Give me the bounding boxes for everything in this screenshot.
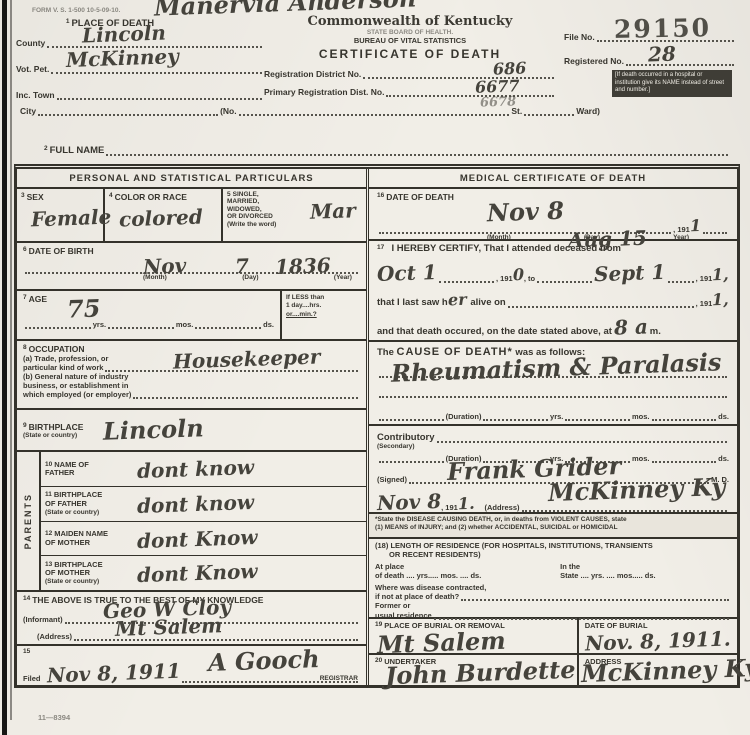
former-line1: Former or — [375, 601, 731, 610]
registrar-label: REGISTRAR — [320, 675, 358, 682]
undertaker-address-value-handwriting: McKinney Ky — [580, 656, 750, 686]
father-name-label-2: FATHER — [45, 469, 137, 478]
footnote-line1: *State the DISEASE CAUSING DEATH, or, in… — [375, 516, 731, 524]
signed-label: (Signed) — [377, 475, 407, 484]
age-mos-label: mos. — [176, 320, 194, 329]
birthplace-label: BIRTHPLACE — [29, 422, 84, 432]
medical-certificate-title: MEDICAL CERTIFICATE OF DEATH — [369, 169, 737, 189]
file-number-block: File No. 29150 Registered No. 28 [If dea… — [556, 14, 736, 100]
city-no-label: (No. — [220, 106, 237, 116]
cause-pre: The — [377, 347, 394, 358]
file-no-label: File No. — [564, 32, 595, 42]
age-less-line1: If LESS than — [286, 294, 362, 302]
signed-date-address-line: Nov 8 , 191 1. (Address) McKinney Ky — [377, 492, 729, 512]
birthplace-row: 9BIRTHPLACE (State or country) Lincoln — [17, 410, 366, 452]
last-saw-digit-handwriting: 1, — [712, 292, 729, 309]
dotted-line — [652, 459, 717, 463]
last-saw-line: that I last saw h er alive on Aug 15 , 1… — [377, 292, 729, 308]
dotted-line — [508, 304, 694, 308]
age-units-line: yrs. mos. ds. — [23, 320, 274, 329]
informant-label: (Informant) — [23, 615, 63, 624]
field-number: 11 — [45, 491, 52, 498]
informant-address-line: (Address) Mt Salem — [23, 632, 360, 641]
marital-heading: 5SINGLE, — [227, 191, 362, 198]
sex-color-marital-row: 3SEX Female 4COLOR OR RACE colored 5SING… — [17, 189, 366, 243]
residence-label-2: OR RECENT RESIDENTS) — [389, 550, 731, 559]
father-name-row: 10NAME OF FATHER dont know — [41, 452, 366, 487]
parents-section: PARENTS 10NAME OF FATHER dont know — [17, 452, 366, 592]
vot-pet-label: Vot. Pet. — [16, 64, 49, 74]
occupation-row: 8OCCUPATION (a) Trade, profession, or pa… — [17, 341, 366, 411]
to-word: , to — [524, 275, 535, 283]
duration-mos: mos. — [632, 412, 650, 421]
registered-no-label: Registered No. — [564, 56, 624, 66]
burial-place-cell: 19PLACE OF BURIAL OR REMOVAL Mt Salem — [369, 619, 579, 653]
year-printed-3: , 191 — [696, 300, 713, 308]
burial-bottom-row: 20UNDERTAKER John Burdette ADDRESS McKin… — [369, 655, 737, 685]
dotted-line — [133, 395, 358, 399]
color-race-heading: 4COLOR OR RACE — [109, 192, 217, 202]
father-name-value-handwriting: dont know — [137, 457, 255, 481]
age-less-line3: or....min.? — [286, 311, 362, 319]
informant-row: 14THE ABOVE IS TRUE TO THE BEST OF MY KN… — [17, 592, 366, 646]
signed-date-handwriting: Nov 8 — [377, 491, 442, 513]
color-race-label: COLOR OR RACE — [115, 192, 187, 202]
duration-ds: ds. — [718, 412, 729, 421]
dod-year-digit-handwriting: 1 — [690, 218, 702, 234]
dotted-line — [522, 508, 727, 512]
birth-label: DATE OF BIRTH — [29, 246, 94, 256]
mother-maiden-name-value-handwriting: dont Know — [137, 526, 258, 550]
primary-registration-value-handwriting: 6677 — [475, 78, 520, 96]
year-caption: (Year) — [334, 274, 352, 281]
field-number: 10 — [45, 461, 52, 468]
filed-date-handwriting: Nov 8, 1911 — [46, 661, 180, 686]
death-certificate: FORM V. S. 1-500 10-5-09-10. 1PLACE OF D… — [14, 3, 740, 688]
file-no-field: File No. 29150 — [564, 32, 736, 42]
occupation-a-label: particular kind of work — [23, 363, 103, 372]
dotted-line — [537, 279, 592, 283]
field-number: 20 — [375, 657, 382, 664]
vot-pet-field: Vot. Pet. McKinney — [16, 64, 264, 74]
county-value-handwriting: Lincoln — [82, 23, 167, 46]
burial-top-row: 19PLACE OF BURIAL OR REMOVAL Mt Salem DA… — [369, 619, 737, 655]
occured-m-label: m. — [650, 327, 661, 337]
birth-month-handwriting: Nov — [143, 255, 187, 276]
signed-date-digit-handwriting: 1. — [458, 495, 475, 512]
burial-date-cell: DATE OF BURIAL Nov. 8, 1911. — [579, 619, 737, 653]
duration-label: (Duration) — [446, 412, 482, 421]
father-birthplace-hint: (State or country) — [45, 509, 137, 516]
in-state-line1: In the — [560, 562, 731, 571]
at-place-line1: At place — [375, 562, 560, 571]
field-number: 4 — [109, 192, 113, 199]
dotted-line — [57, 96, 262, 100]
occured-time-handwriting: 8 a — [614, 317, 649, 338]
certify-from-handwriting: Oct 1 — [377, 262, 437, 284]
sex-label: SEX — [27, 192, 44, 202]
birth-day-handwriting: 7 — [235, 256, 250, 276]
age-value-handwriting: 75 — [67, 296, 101, 321]
birthplace-heading: 9BIRTHPLACE (State or country) — [23, 422, 103, 439]
field-number: 5 — [227, 191, 231, 198]
in-state-line2: State .... yrs. .... mos..... ds. — [560, 571, 731, 580]
dotted-line — [379, 394, 727, 398]
parents-side-label-cell: PARENTS — [17, 452, 41, 590]
residence-number: (18) — [375, 541, 388, 550]
month-caption: (Month) — [487, 234, 511, 241]
signed-address-label: (Address) — [485, 503, 520, 512]
mother-birthplace-hint: (State or country) — [45, 578, 137, 585]
mother-birthplace-value-handwriting: dont Know — [137, 561, 258, 585]
certificate-body: PERSONAL AND STATISTICAL PARTICULARS 3SE… — [14, 164, 740, 688]
marital-status-cell: 5SINGLE, MARRIED, WIDOWED, OR DIVORCED (… — [223, 189, 366, 241]
in-state-label: State — [560, 571, 578, 580]
sex-cell: 3SEX Female — [17, 189, 105, 241]
footnote-line2: (1) MEANS of INJURY; and (2) whether ACC… — [375, 524, 731, 532]
mother-birthplace-label-2: OF MOTHER — [45, 569, 137, 578]
field-number: 13 — [45, 561, 52, 568]
at-place-line2: of death .... yrs..... mos. .... ds. — [375, 571, 560, 580]
dotted-line — [439, 279, 494, 283]
birthplace-value-handwriting: Lincoln — [103, 417, 204, 444]
at-place-label: of death — [375, 571, 404, 580]
inc-town-label: Inc. Town — [16, 90, 55, 100]
duration-mos: mos. — [632, 454, 650, 463]
residence-heading: (18) LENGTH OF RESIDENCE (FOR HOSPITALS,… — [375, 541, 731, 550]
primary-registration-field: Primary Registration Dist. No. 6677 6678 — [264, 87, 556, 97]
last-saw-value-handwriting: Aug 15 — [568, 228, 647, 251]
dod-line: , 191 1 Nov 8 — [377, 218, 729, 234]
cause-of-death-row: The CAUSE OF DEATH* was as follows: Rheu… — [369, 342, 737, 425]
in-state-units: .... yrs. .... mos..... ds. — [581, 571, 656, 580]
occupation-label: OCCUPATION — [29, 344, 85, 354]
dotted-line — [25, 325, 91, 329]
occupation-b-line3: which employed (or employer) — [23, 390, 360, 399]
city-label: City — [20, 106, 36, 116]
length-of-residence-row: (18) LENGTH OF RESIDENCE (FOR HOSPITALS,… — [369, 539, 737, 619]
field-number: 6 — [23, 246, 27, 253]
color-race-cell: 4COLOR OR RACE colored — [105, 189, 223, 241]
mother-maiden-name-row: 12MAIDEN NAME OF MOTHER dont Know — [41, 522, 366, 557]
in-state-block: In the State .... yrs. .... mos..... ds. — [560, 562, 731, 581]
field-number: 12 — [45, 530, 52, 537]
cause-value-line: Rheumatism & Paralasis — [377, 374, 729, 378]
dotted-line — [38, 112, 218, 116]
registered-no-field: Registered No. 28 — [564, 56, 736, 66]
last-saw-post: alive on — [470, 298, 505, 308]
certify-from-digit-handwriting: 0 — [512, 267, 524, 283]
occured-pre: and that death occured, on the date stat… — [377, 327, 612, 337]
state-heading-block: Commonwealth of Kentucky STATE BOARD OF … — [264, 14, 556, 100]
parents-rows: 10NAME OF FATHER dont know 11BIRTHPLACE … — [41, 452, 366, 590]
field-number: 1 — [66, 18, 70, 25]
dotted-line — [239, 112, 510, 116]
certify-to-digit-handwriting: 1, — [712, 267, 729, 284]
dotted-line — [195, 325, 261, 329]
field-number: 2 — [44, 145, 48, 152]
dotted-line — [108, 325, 174, 329]
board-line: STATE BOARD OF HEALTH. — [264, 29, 556, 36]
birth-line: Nov 7 1836 — [23, 270, 360, 274]
duration-ds: ds. — [718, 454, 729, 463]
commonwealth-line: Commonwealth of Kentucky — [264, 14, 556, 29]
dod-captions: (Month) (Day) Year) — [377, 234, 729, 241]
inc-town-field: Inc. Town — [16, 90, 264, 100]
father-birthplace-value-handwriting: dont know — [137, 492, 255, 516]
certify-from-line: Oct 1 , 191 0 , to Sept 1 , 191 1, — [377, 263, 729, 283]
dotted-line — [565, 417, 630, 421]
filed-row: 15 Filed Nov 8, 1911 A Gooch REGISTRAR — [17, 646, 366, 685]
registrar-signature-handwriting: A Gooch — [208, 647, 320, 675]
field-number: 3 — [21, 192, 25, 199]
dotted-line — [437, 439, 727, 443]
father-name-heading: 10NAME OF FATHER — [45, 461, 137, 478]
age-heading: 7AGE — [23, 294, 274, 304]
field-number: 16 — [377, 192, 384, 199]
contributory-label: Contributory — [377, 432, 435, 443]
contributory-row: Contributory (Secondary) (Duration) yrs.… — [369, 426, 737, 514]
year-printed-2: , 191 — [696, 275, 713, 283]
field-number: 19 — [375, 621, 382, 628]
duration-yrs: yrs. — [550, 412, 563, 421]
last-saw-her-handwriting: er — [447, 292, 466, 309]
certify-heading: 17 I HEREBY CERTIFY, That I attended dec… — [377, 244, 729, 254]
occupation-b-line2: business, or establishment in — [23, 381, 360, 390]
full-name-row: 2FULL NAME Manervia Anderson — [14, 126, 740, 156]
burial-section: 19PLACE OF BURIAL OR REMOVAL Mt Salem DA… — [369, 619, 737, 685]
sex-value-handwriting: Female — [31, 207, 112, 230]
field-number: 14 — [23, 595, 30, 602]
dotted-line — [379, 417, 444, 421]
informant-address-label: (Address) — [37, 632, 72, 641]
hospital-note: [If death occurred in a hospital or inst… — [612, 70, 732, 97]
dotted-line — [386, 93, 554, 97]
contracted-line1: Where was disease contracted, — [375, 583, 731, 592]
scan-edge-line — [10, 0, 12, 720]
marital-label-1: SINGLE, — [233, 191, 259, 198]
registration-district-label: Registration District No. — [264, 69, 361, 79]
informant-address-value-handwriting: Mt Salem — [115, 615, 223, 639]
bureau-line: BUREAU OF VITAL STATISTICS — [264, 36, 556, 45]
age-row: 7AGE 75 yrs. mos. ds. If LESS than — [17, 291, 366, 341]
color-race-value-handwriting: colored — [119, 207, 203, 230]
personal-particulars-column: PERSONAL AND STATISTICAL PARTICULARS 3SE… — [17, 169, 369, 685]
age-less-cell: If LESS than 1 day....hrs. or....min.? — [280, 291, 366, 339]
birth-year-handwriting: 1836 — [275, 255, 331, 277]
filed-line: Filed Nov 8, 1911 A Gooch — [23, 663, 360, 683]
city-ward-label: Ward) — [576, 106, 600, 116]
dod-year-printed: , 191 — [673, 225, 690, 234]
sex-heading: 3SEX — [21, 192, 99, 202]
vot-pet-value-handwriting: McKinney — [66, 46, 179, 70]
scan-edge-artifact — [2, 0, 7, 735]
field-number: 9 — [23, 422, 27, 429]
certificate-scan: FORM V. S. 1-500 10-5-09-10. 1PLACE OF D… — [0, 0, 750, 735]
registration-district-value-handwriting: 686 — [492, 60, 526, 77]
dotted-line — [652, 417, 717, 421]
contracted-line2: if not at place of death? — [375, 592, 731, 601]
age-label: AGE — [29, 294, 47, 304]
year-printed-1: , 191 — [496, 275, 513, 283]
field-number: 17 — [377, 244, 384, 251]
signed-date-year: , 191 — [441, 503, 458, 512]
field-number: 8 — [23, 344, 27, 351]
dotted-line — [668, 279, 694, 283]
undertaker-address-cell: ADDRESS McKinney Ky — [579, 655, 737, 685]
contributory-hint: (Secondary) — [377, 443, 729, 450]
county-label: County — [16, 38, 45, 48]
father-birthplace-label-2: OF FATHER — [45, 500, 137, 509]
full-name-heading: 2FULL NAME — [44, 145, 104, 156]
certify-row: 17 I HEREBY CERTIFY, That I attended dec… — [369, 241, 737, 342]
marital-value-handwriting: Mar — [310, 200, 356, 222]
filed-label: Filed — [23, 674, 41, 683]
father-birthplace-row: 11BIRTHPLACE OF FATHER (State or country… — [41, 487, 366, 522]
occupation-value-handwriting: Housekeeper — [173, 346, 321, 371]
age-main-cell: 7AGE 75 yrs. mos. ds. — [17, 291, 280, 339]
at-place-units: .... yrs..... mos. .... ds. — [406, 571, 481, 580]
medical-certificate-column: MEDICAL CERTIFICATE OF DEATH 16DATE OF D… — [369, 169, 737, 685]
mother-maiden-name-label-1: MAIDEN NAME — [54, 529, 108, 538]
occupation-a-line2: particular kind of work Housekeeper — [23, 363, 360, 372]
burial-date-value-handwriting: Nov. 8, 1911. — [584, 628, 730, 653]
mother-maiden-name-label-2: OF MOTHER — [45, 539, 137, 548]
dotted-line — [483, 417, 548, 421]
plate-number: 11—8394 — [38, 713, 70, 722]
dod-label: DATE OF DEATH — [386, 192, 454, 202]
birthplace-hint: (State or country) — [23, 432, 103, 439]
age-ds-label: ds. — [263, 320, 274, 329]
occupation-b-label: which employed (or employer) — [23, 390, 131, 399]
at-place-block: At place of death .... yrs..... mos. ...… — [375, 562, 560, 581]
date-of-death-row: 16DATE OF DEATH , 191 1 Nov 8 (Month) (D… — [369, 189, 737, 241]
cause-blank-line — [377, 394, 729, 398]
last-saw-pre: that I last saw h — [377, 298, 448, 308]
cause-footnote: *State the DISEASE CAUSING DEATH, or, in… — [369, 514, 737, 539]
physician-address-handwriting: McKinney Ky — [547, 475, 725, 505]
death-occured-line: and that death occured, on the date stat… — [377, 317, 729, 337]
full-name-label: FULL NAME — [50, 145, 105, 156]
dotted-line — [524, 112, 574, 116]
mother-maiden-name-heading: 12MAIDEN NAME OF MOTHER — [45, 530, 137, 547]
parents-label: PARENTS — [23, 493, 33, 549]
age-less-line2: 1 day....hrs. — [286, 302, 362, 310]
personal-particulars-title: PERSONAL AND STATISTICAL PARTICULARS — [17, 169, 366, 189]
file-no-stamp: 29150 — [614, 13, 711, 44]
place-of-death-block: 1PLACE OF DEATH County Lincoln Vot. Pet.… — [16, 14, 264, 100]
undertaker-cell: 20UNDERTAKER John Burdette — [369, 655, 579, 685]
mother-birthplace-row: 13BIRTHPLACE OF MOTHER (State or country… — [41, 556, 366, 590]
city-row: City (No. St. Ward) — [14, 106, 740, 116]
date-of-birth-row: 6DATE OF BIRTH Nov 7 1836 (Month) (Day) … — [17, 243, 366, 291]
residence-label-1: LENGTH OF RESIDENCE (FOR HOSPITALS, INST… — [390, 541, 652, 550]
contributory-line: Contributory — [377, 432, 729, 443]
dod-value-handwriting: Nov 8 — [487, 199, 565, 226]
primary-registration-label: Primary Registration Dist. No. — [264, 87, 384, 97]
dotted-line — [626, 62, 734, 66]
dotted-line — [703, 230, 727, 234]
contracted-label: if not at place of death? — [375, 592, 459, 601]
field-number: 7 — [23, 294, 27, 301]
residence-columns: At place of death .... yrs..... mos. ...… — [375, 562, 731, 581]
dotted-line — [461, 597, 729, 601]
certificate-header: 1PLACE OF DEATH County Lincoln Vot. Pet.… — [14, 14, 740, 100]
cause-duration-line: (Duration) yrs. mos. ds. — [377, 412, 729, 421]
registered-no-value-handwriting: 28 — [648, 44, 677, 65]
undertaker-value-handwriting: John Burdette — [385, 658, 576, 689]
dotted-line — [106, 152, 728, 156]
burial-place-value-handwriting: Mt Salem — [377, 629, 506, 657]
certify-to-handwriting: Sept 1 — [594, 262, 666, 284]
dotted-line — [379, 459, 444, 463]
mother-birthplace-heading: 13BIRTHPLACE OF MOTHER (State or country… — [45, 561, 137, 586]
occupation-b-line1: (b) General nature of industry — [23, 372, 360, 381]
year-caption: Year) — [673, 234, 689, 241]
father-birthplace-heading: 11BIRTHPLACE OF FATHER (State or country… — [45, 491, 137, 516]
primary-registration-value2-handwriting: 6678 — [480, 95, 517, 109]
